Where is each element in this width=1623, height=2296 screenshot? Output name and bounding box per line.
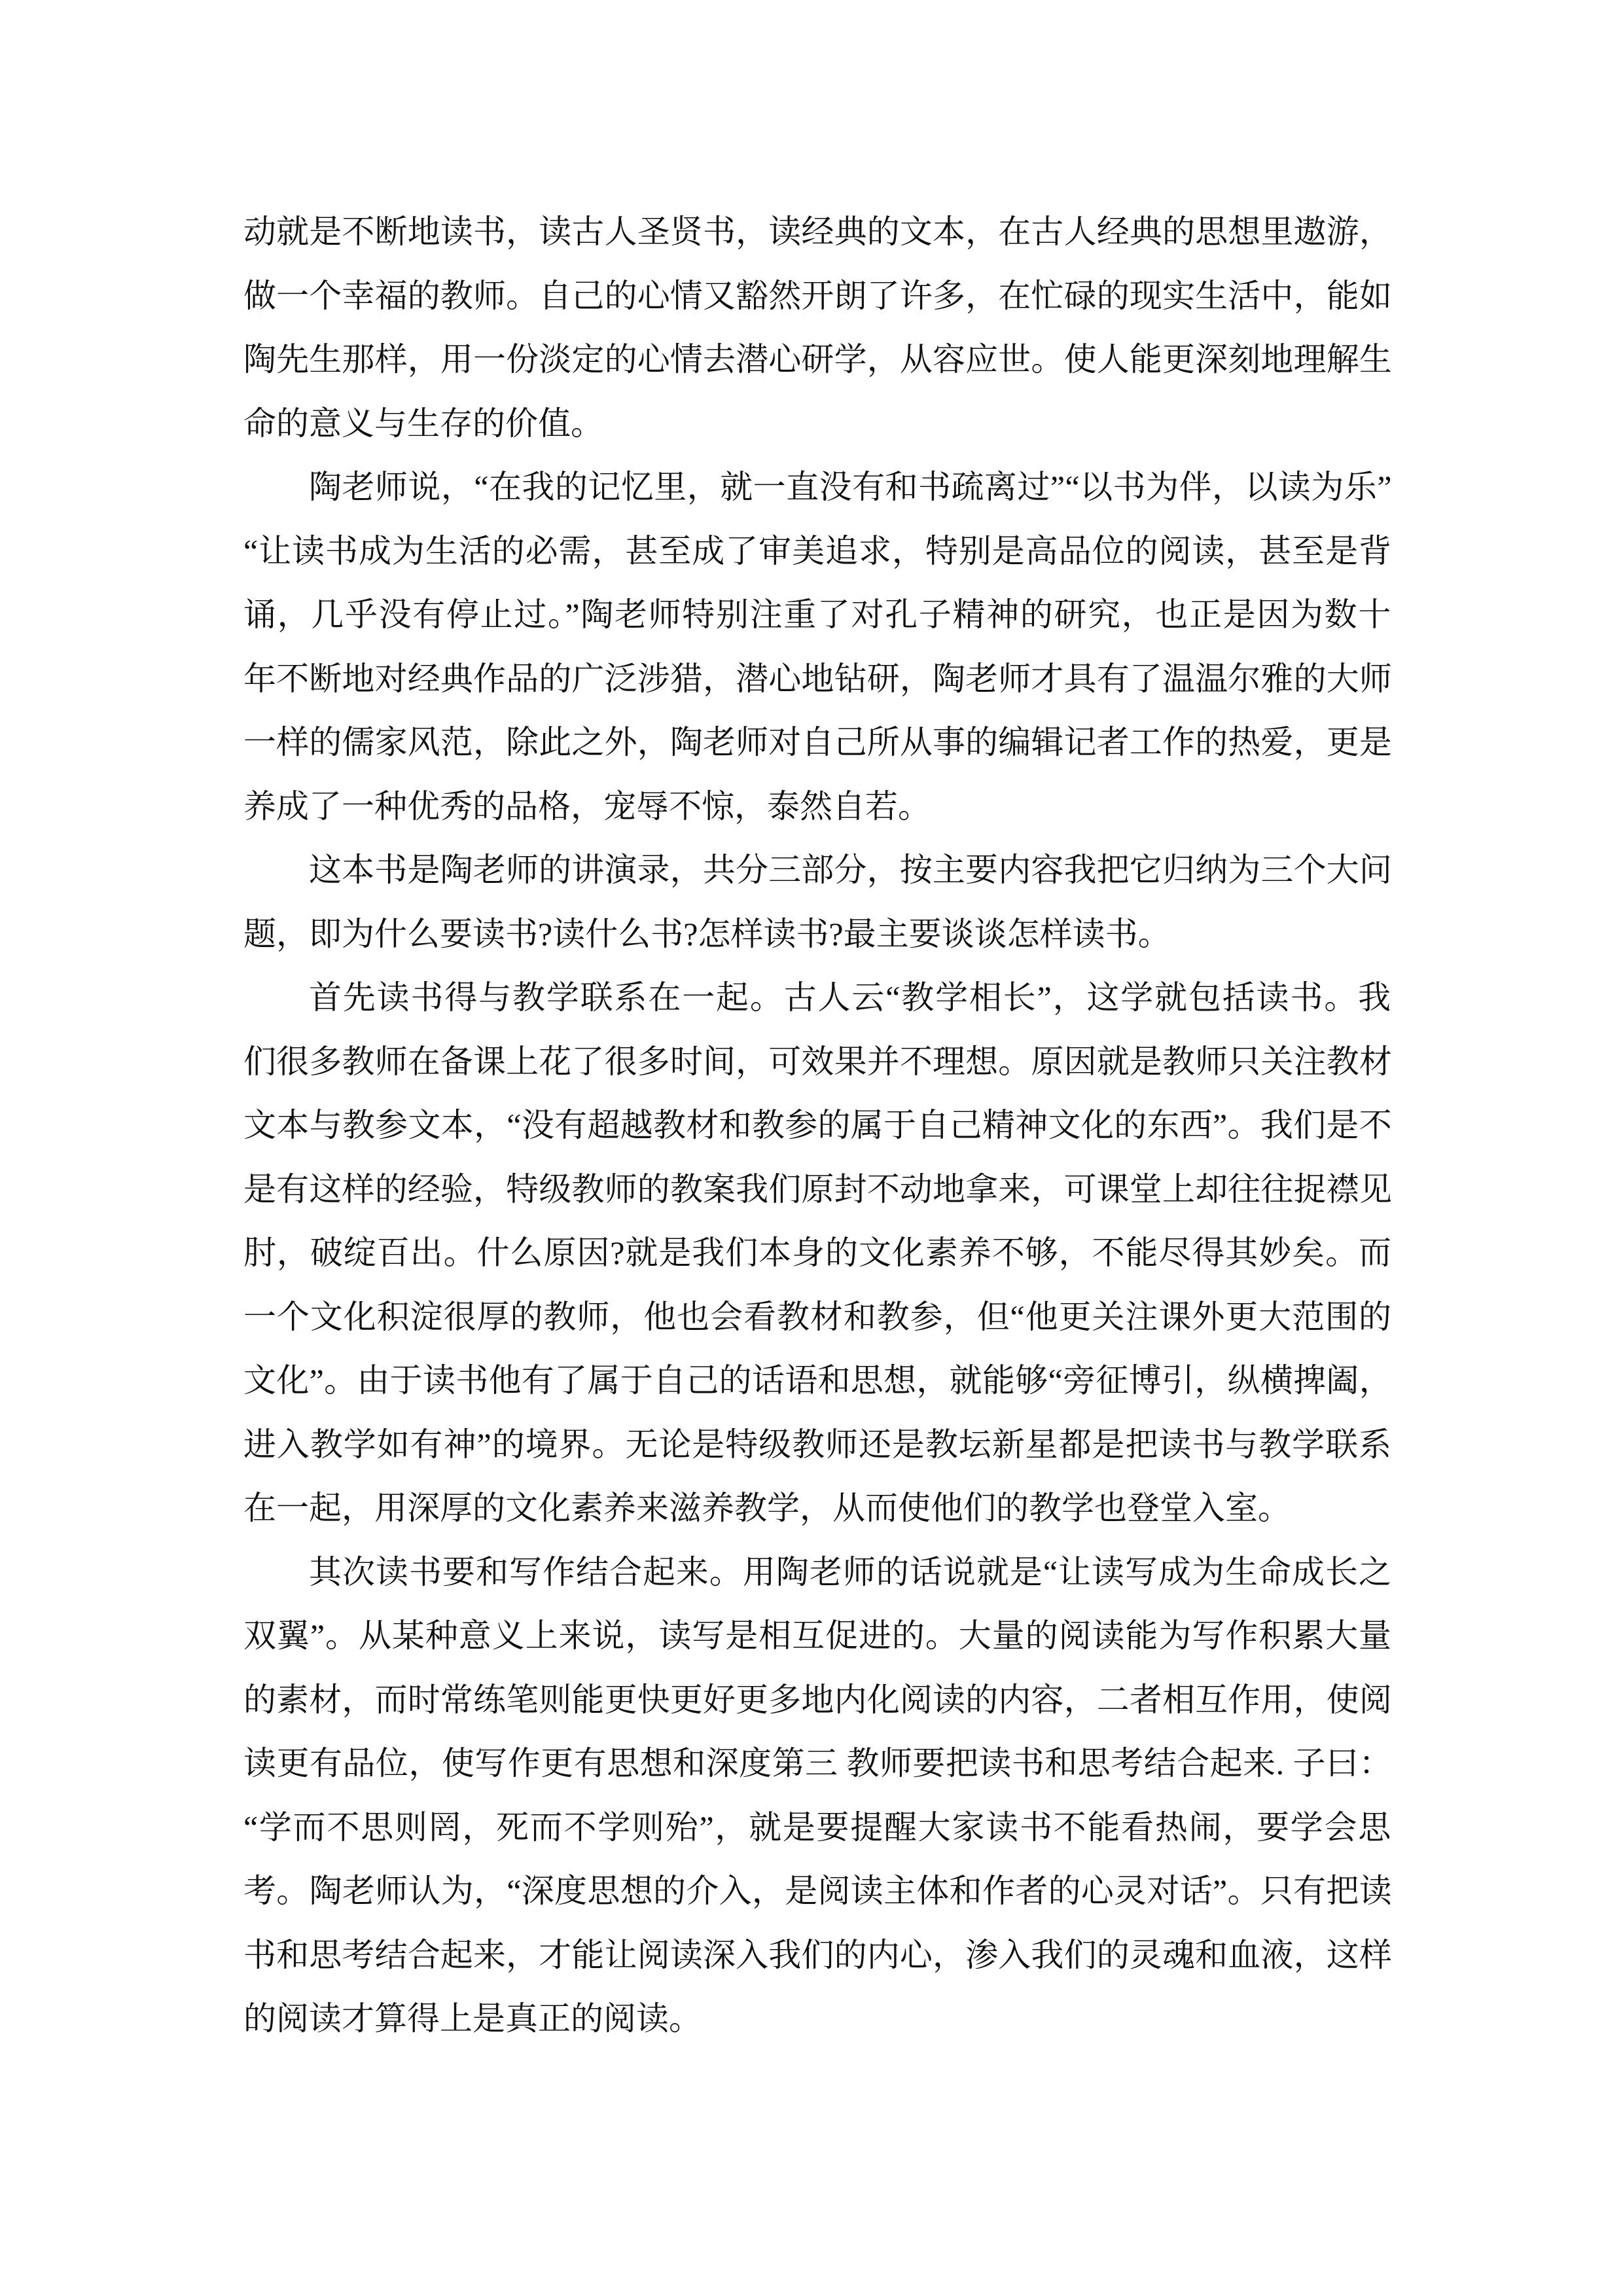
text-line-content: 肘，破绽百出。什么原因?就是我们本身的文化素养不够，不能尽得其妙矣。而 (243, 1221, 1392, 1285)
text-line: 双翼”。从某种意义上来说，读写是相互促进的。大量的阅读能为写作积累大量 (243, 1604, 1392, 1668)
text-line: 肘，破绽百出。什么原因?就是我们本身的文化素养不够，不能尽得其妙矣。而 (243, 1221, 1392, 1285)
text-line-content: 做一个幸福的教师。自己的心情又豁然开朗了许多，在忙碌的现实生活中，能如 (243, 264, 1392, 329)
text-line-content: “让读书成为生活的必需，甚至成了审美追求，特别是高品位的阅读，甚至是背 (243, 520, 1392, 584)
text-line-content: 年不断地对经典作品的广泛涉猎，潜心地钻研，陶老师才具有了温温尔雅的大师 (243, 647, 1392, 711)
text-line: 的阅读才算得上是真正的阅读。 (243, 1987, 1392, 2051)
text-line: 在一起，用深厚的文化素养来滋养教学，从而使他们的教学也登堂入室。 (243, 1477, 1392, 1541)
text-line: 文本与教参文本，“没有超越教材和教参的属于自己精神文化的东西”。我们是不 (243, 1094, 1392, 1158)
text-line: “学而不思则罔，死而不学则殆”，就是要提醒大家读书不能看热闹，要学会思 (243, 1796, 1392, 1860)
text-line-content: 考。陶老师认为，“深度思想的介入，是阅读主体和作者的心灵对话”。只有把读 (243, 1859, 1392, 1924)
text-line: 一个文化积淀很厚的教师，他也会看教材和教参，但“他更关注课外更大范围的 (243, 1285, 1392, 1350)
text-line-content: 动就是不断地读书，读古人圣贤书，读经典的文本，在古人经典的思想里遨游， (243, 200, 1392, 264)
text-line: 养成了一种优秀的品格，宠辱不惊，泰然自若。 (243, 775, 1392, 839)
text-line: 诵，几乎没有停止过。”陶老师特别注重了对孔子精神的研究，也正是因为数十 (243, 583, 1392, 647)
text-line: 这本书是陶老师的讲演录，共分三部分，按主要内容我把它归纳为三个大问 (243, 838, 1392, 903)
text-line: 考。陶老师认为，“深度思想的介入，是阅读主体和作者的心灵对话”。只有把读 (243, 1859, 1392, 1924)
text-line-content: 的素材，而时常练笔则能更快更好更多地内化阅读的内容，二者相互作用，使阅 (243, 1668, 1392, 1732)
text-line-content: 是有这样的经验，特级教师的教案我们原封不动地拿来，可课堂上却往往捉襟见 (243, 1158, 1392, 1222)
text-line: 读更有品位，使写作更有思想和深度第三 教师要把读书和思考结合起来. 子曰： (243, 1732, 1392, 1796)
text-line: 做一个幸福的教师。自己的心情又豁然开朗了许多，在忙碌的现实生活中，能如 (243, 264, 1392, 329)
text-line: 其次读书要和写作结合起来。用陶老师的话说就是“让读写成为生命成长之 (243, 1541, 1392, 1605)
text-line: 年不断地对经典作品的广泛涉猎，潜心地钻研，陶老师才具有了温温尔雅的大师 (243, 647, 1392, 711)
text-line-content: 书和思考结合起来，才能让阅读深入我们的内心，渗入我们的灵魂和血液，这样 (243, 1924, 1392, 1988)
text-line: 题，即为什么要读书?读什么书?怎样读书?最主要谈谈怎样读书。 (243, 903, 1392, 967)
text-line: 书和思考结合起来，才能让阅读深入我们的内心，渗入我们的灵魂和血液，这样 (243, 1924, 1392, 1988)
text-line-content: 的阅读才算得上是真正的阅读。 (243, 1987, 702, 2051)
document-body: 动就是不断地读书，读古人圣贤书，读经典的文本，在古人经典的思想里遨游，做一个幸福… (243, 200, 1392, 2051)
text-line-content: 诵，几乎没有停止过。”陶老师特别注重了对孔子精神的研究，也正是因为数十 (243, 583, 1392, 647)
text-line: 文化”。由于读书他有了属于自己的话语和思想，就能够“旁征博引，纵横捭阖， (243, 1349, 1392, 1413)
text-line: 命的意义与生存的价值。 (243, 392, 1392, 456)
text-line-content: 养成了一种优秀的品格，宠辱不惊，泰然自若。 (243, 775, 931, 839)
text-line-content: 文本与教参文本，“没有超越教材和教参的属于自己精神文化的东西”。我们是不 (243, 1094, 1392, 1158)
text-line-content: 命的意义与生存的价值。 (243, 392, 603, 456)
text-line-content: 这本书是陶老师的讲演录，共分三部分，按主要内容我把它归纳为三个大问 (309, 838, 1392, 903)
document-sheet: 动就是不断地读书，读古人圣贤书，读经典的文本，在古人经典的思想里遨游，做一个幸福… (0, 0, 1623, 2296)
text-line-content: 双翼”。从某种意义上来说，读写是相互促进的。大量的阅读能为写作积累大量 (243, 1604, 1392, 1668)
text-line: 进入教学如有神”的境界。无论是特级教师还是教坛新星都是把读书与教学联系 (243, 1413, 1392, 1477)
page: { "page": { "background": "#ffffff", "te… (0, 0, 1623, 2296)
text-line: 首先读书得与教学联系在一起。古人云“教学相长”，这学就包括读书。我 (243, 966, 1392, 1030)
text-line: 动就是不断地读书，读古人圣贤书，读经典的文本，在古人经典的思想里遨游， (243, 200, 1392, 264)
text-line-content: 陶老师说，“在我的记忆里，就一直没有和书疏离过”“以书为伴，以读为乐” (309, 456, 1392, 520)
text-line: 陶老师说，“在我的记忆里，就一直没有和书疏离过”“以书为伴，以读为乐” (243, 456, 1392, 520)
text-line-content: 一样的儒家风范，除此之外，陶老师对自己所从事的编辑记者工作的热爱，更是 (243, 711, 1392, 775)
text-line-content: 进入教学如有神”的境界。无论是特级教师还是教坛新星都是把读书与教学联系 (243, 1413, 1392, 1477)
text-line-content: 文化”。由于读书他有了属于自己的话语和思想，就能够“旁征博引，纵横捭阖， (243, 1349, 1392, 1413)
text-line-content: 在一起，用深厚的文化素养来滋养教学，从而使他们的教学也登堂入室。 (243, 1477, 1291, 1541)
text-line-content: 题，即为什么要读书?读什么书?怎样读书?最主要谈谈怎样读书。 (243, 903, 1171, 967)
text-line-content: 读更有品位，使写作更有思想和深度第三 教师要把读书和思考结合起来. 子曰： (243, 1732, 1392, 1796)
text-line: 是有这样的经验，特级教师的教案我们原封不动地拿来，可课堂上却往往捉襟见 (243, 1158, 1392, 1222)
text-line: 陶先生那样，用一份淡定的心情去潜心研学，从容应世。使人能更深刻地理解生 (243, 328, 1392, 392)
text-line: 一样的儒家风范，除此之外，陶老师对自己所从事的编辑记者工作的热爱，更是 (243, 711, 1392, 775)
text-line: “让读书成为生活的必需，甚至成了审美追求，特别是高品位的阅读，甚至是背 (243, 520, 1392, 584)
text-line-content: 们很多教师在备课上花了很多时间，可效果并不理想。原因就是教师只关注教材 (243, 1030, 1392, 1094)
text-line-content: 一个文化积淀很厚的教师，他也会看教材和教参，但“他更关注课外更大范围的 (243, 1285, 1392, 1350)
text-line-content: 首先读书得与教学联系在一起。古人云“教学相长”，这学就包括读书。我 (309, 966, 1392, 1030)
text-line-content: “学而不思则罔，死而不学则殆”，就是要提醒大家读书不能看热闹，要学会思 (243, 1796, 1392, 1860)
text-line: 的素材，而时常练笔则能更快更好更多地内化阅读的内容，二者相互作用，使阅 (243, 1668, 1392, 1732)
text-line: 们很多教师在备课上花了很多时间，可效果并不理想。原因就是教师只关注教材 (243, 1030, 1392, 1094)
text-line-content: 陶先生那样，用一份淡定的心情去潜心研学，从容应世。使人能更深刻地理解生 (243, 328, 1392, 392)
text-line-content: 其次读书要和写作结合起来。用陶老师的话说就是“让读写成为生命成长之 (309, 1541, 1392, 1605)
